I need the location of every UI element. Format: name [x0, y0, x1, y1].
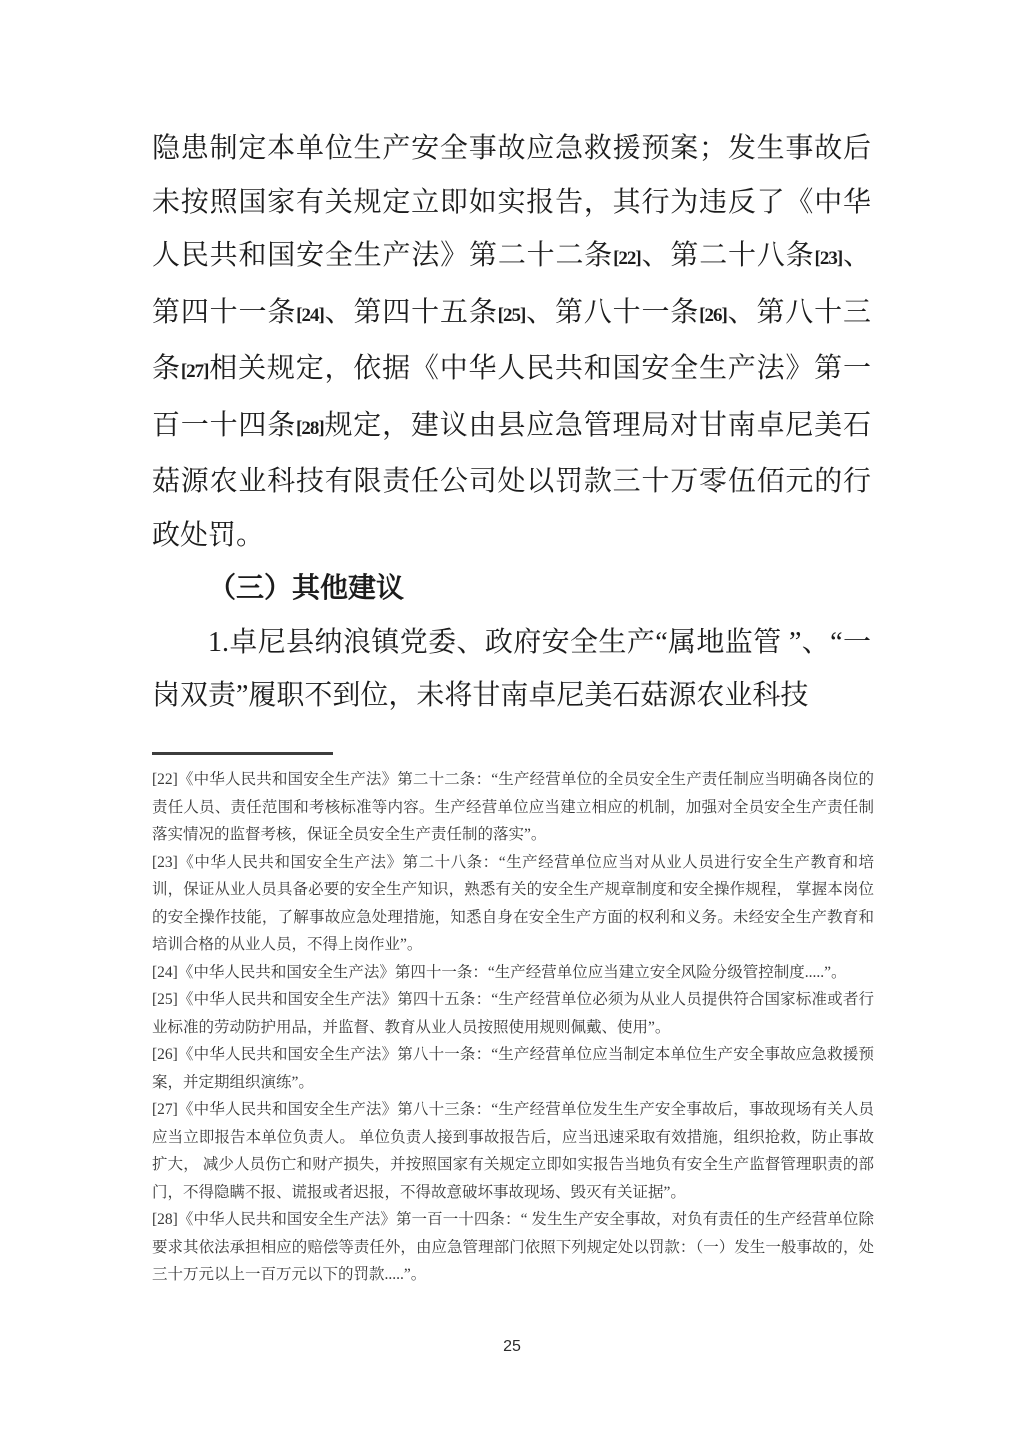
footnote-22: [22]《中华人民共和国安全生产法》第二十二条：“生产经营单位的全员安全生产责任… — [152, 766, 874, 849]
footnotes-section: [22]《中华人民共和国安全生产法》第二十二条：“生产经营单位的全员安全生产责任… — [152, 766, 874, 1289]
footnote-27: [27]《中华人民共和国安全生产法》第八十三条：“生产经营单位发生生产安全事故后… — [152, 1096, 874, 1206]
footnote-id: [26] — [152, 1046, 178, 1063]
footnote-text: 《中华人民共和国安全生产法》第一百一十四条：“ 发生生产安全事故，对负有责任的生… — [152, 1211, 874, 1283]
footnote-ref-28: [28] — [296, 418, 324, 439]
footnote-text: 《中华人民共和国安全生产法》第二十八条：“生产经营单位应当对从业人员进行安全生产… — [152, 854, 874, 954]
footnote-26: [26]《中华人民共和国安全生产法》第八十一条：“生产经营单位应当制定本单位生产… — [152, 1041, 874, 1096]
footnote-ref-23: [23] — [815, 248, 843, 269]
footnote-id: [23] — [152, 854, 178, 871]
footnote-id: [22] — [152, 771, 178, 788]
body-text-run: 、第二十八条 — [641, 240, 815, 271]
footnote-ref-26: [26] — [699, 305, 727, 326]
footnote-ref-25: [25] — [498, 305, 526, 326]
footnote-id: [25] — [152, 991, 178, 1008]
footnote-ref-27: [27] — [181, 361, 209, 382]
footnote-text: 《中华人民共和国安全生产法》第四十一条：“生产经营单位应当建立安全风险分级管控制… — [178, 964, 847, 981]
footnote-text: 《中华人民共和国安全生产法》第八十一条：“生产经营单位应当制定本单位生产安全事故… — [152, 1046, 874, 1091]
page-number: 25 — [0, 1338, 1024, 1356]
footnote-text: 《中华人民共和国安全生产法》第八十三条：“生产经营单位发生生产安全事故后，事故现… — [152, 1101, 874, 1201]
footnote-23: [23]《中华人民共和国安全生产法》第二十八条：“生产经营单位应当对从业人员进行… — [152, 849, 874, 959]
body-paragraph: 1.卓尼县纳浪镇党委、政府安全生产“属地监管 ”、“一岗双责”履职不到位，未将甘… — [152, 616, 871, 723]
body-text-run: 、第四十五条 — [324, 297, 498, 328]
body-text-run: 、第八十一条 — [525, 297, 699, 328]
footnote-id: [27] — [152, 1101, 178, 1118]
footnote-28: [28]《中华人民共和国安全生产法》第一百一十四条：“ 发生生产安全事故，对负有… — [152, 1206, 874, 1289]
footnote-ref-22: [22] — [613, 248, 641, 269]
document-page: 隐患制定本单位生产安全事故应急救援预案；发生事故后未按照国家有关规定立即如实报告… — [0, 0, 1024, 1448]
footnote-text: 《中华人民共和国安全生产法》第四十五条：“生产经营单位必须为从业人员提供符合国家… — [152, 991, 874, 1036]
body-paragraph: 隐患制定本单位生产安全事故应急救援预案；发生事故后未按照国家有关规定立即如实报告… — [152, 122, 871, 562]
footnote-25: [25]《中华人民共和国安全生产法》第四十五条：“生产经营单位必须为从业人员提供… — [152, 986, 874, 1041]
footnote-text: 《中华人民共和国安全生产法》第二十二条：“生产经营单位的全员安全生产责任制应当明… — [152, 771, 874, 843]
footnote-24: [24]《中华人民共和国安全生产法》第四十一条：“生产经营单位应当建立安全风险分… — [152, 959, 874, 987]
footnote-ref-24: [24] — [296, 305, 324, 326]
section-heading: （三）其他建议 — [152, 562, 871, 616]
footnote-separator-line — [152, 752, 333, 755]
footnote-id: [24] — [152, 964, 178, 981]
document-body: 隐患制定本单位生产安全事故应急救援预案；发生事故后未按照国家有关规定立即如实报告… — [152, 122, 871, 723]
footnote-id: [28] — [152, 1211, 178, 1228]
